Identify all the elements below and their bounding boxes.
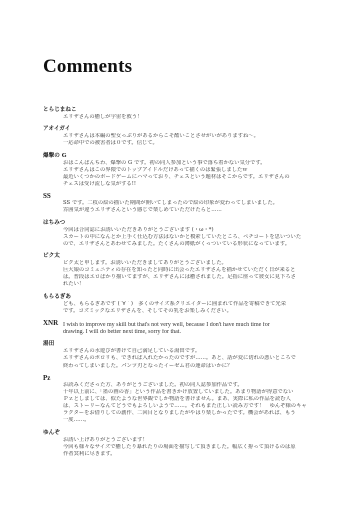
- comment-entry: とらじまねこエリザさんの癒しが宇宙を救う！: [43, 107, 315, 121]
- comment-line: 一度……。: [63, 417, 315, 424]
- comment-author: 湯田: [43, 341, 315, 348]
- comment-author: Pz: [43, 375, 315, 382]
- comment-entry: ビク太ビク太と申します。お誘いいただきましてありがとうございました。巨大娘のコミ…: [43, 253, 315, 288]
- comment-author: XNR: [43, 320, 58, 327]
- comment-line: スカートの中になんとか上手く仕込む方法はないかと模索していたところ、ペチコートを…: [63, 234, 315, 241]
- comment-line: Ｐｚとしましては、似たような世界観でしか物語を書けません。まあ、実際に私の作品を…: [63, 396, 315, 403]
- comment-entry: もらるぎあども、もらるぎあです (´∀｀) 多くのサイズ系クリエイターに囲まれて…: [43, 294, 315, 315]
- comment-line: お誘い上げありがとうございます！: [63, 437, 315, 444]
- comment-body: I wish to improve my skill but that's no…: [63, 320, 315, 336]
- comment-line: I wish to improve my skill but that's no…: [63, 322, 315, 329]
- comment-body: ビク太と申します。お誘いいただきましてありがとうございました。巨大娘のコミュニテ…: [63, 260, 315, 288]
- comments-list: とらじまねこエリザさんの癒しが宇宙を救う！アオイガイエリザさんは本編の聖女っぷり…: [43, 107, 315, 463]
- comment-body: おはこんばんちわ、爆撃の G です。初の同人参加という事で落ち着かない気分です。…: [63, 160, 315, 188]
- comment-author: もらるぎあ: [43, 294, 315, 301]
- comment-body: エリザさんの水遊びが書けて自己満足している湯田です。エリザさんのポロリも、できれ…: [63, 348, 315, 369]
- comment-entry: XNRI wish to improve my skill but that's…: [43, 320, 315, 336]
- comment-line: 今回も様々なサイズで癒したり暴れたりの場面を描写して頂きました。幅広く拵って頂け…: [63, 444, 315, 451]
- comment-author: ビク太: [43, 253, 315, 260]
- comment-line: ので、エリザさんとあわせてみました。たくさんの薄紙がくっついている形状になってい…: [63, 241, 315, 248]
- comment-line: SS です。二枚の絵の描いた期間が開いてしまったので絵の印象が変わってしまいまし…: [63, 200, 315, 207]
- comment-entry: SSSS です。二枚の絵の描いた期間が開いてしまったので絵の印象が変わってしまい…: [43, 193, 315, 214]
- comment-line: お読みくださった方、ありがとうございました。初の同人誌参加作品です。: [63, 382, 315, 389]
- comment-line: ラクターをお借りしての創作、二回目となりましたがやはり楽しかったです。機会があれ…: [63, 410, 315, 417]
- comment-author: アオイガイ: [43, 126, 315, 133]
- page-title: Comments: [43, 56, 132, 78]
- comment-line: エリザさんはこの界隈でのトップアイドルだけあって描くのは緊張しましたｗ: [63, 167, 315, 174]
- comment-line: ビク太と申します。お誘いいただきましてありがとうございました。: [63, 260, 315, 267]
- comment-body: お読みくださった方、ありがとうございました。初の同人誌参加作品です。十年以上前に…: [63, 382, 315, 425]
- comment-entry: Pzお読みくださった方、ありがとうございました。初の同人誌参加作品です。十年以上…: [43, 375, 315, 425]
- comment-author: はちみつ: [43, 220, 315, 227]
- comment-line: 今回は合同誌にお誘いいただきありがとうございます (・ω・*): [63, 227, 315, 234]
- comment-line: 作者冥利に尽きます。: [63, 451, 315, 458]
- comment-line: 終わってしまいました。パンツ刃となったイーゼム君の運命はいかに？: [63, 363, 315, 370]
- comment-author: SS: [43, 193, 315, 200]
- comment-line: 十年以上前に、「墨の画の香」という作品を書きかけ放置していました。あまり物語が得…: [63, 389, 315, 396]
- comment-line: ども、もらるぎあです (´∀｀) 多くのサイズ系クリエイターに囲まれて作品を寄稿…: [63, 301, 315, 308]
- comment-line: 雰囲気が違うエリザさんという感じで楽しめていただけたらと……: [63, 207, 315, 214]
- comment-line: チェスは受け流しな気がする!!: [63, 181, 315, 188]
- comment-line: 一応命中での被害者は０です。信じて。: [63, 140, 315, 147]
- comment-line: エリザさんの癒しが宇宙を救う！: [63, 114, 315, 121]
- comment-line: は、ストーリーなんてどうでもよろしいようで……。それもまた正しい読み方です！ ゆ…: [63, 403, 315, 410]
- comment-body: ども、もらるぎあです (´∀｀) 多くのサイズ系クリエイターに囲まれて作品を寄稿…: [63, 301, 315, 315]
- comment-author: 爆撃の G: [43, 153, 315, 160]
- comment-entry: アオイガイエリザさんは本編の聖女っぷりがあるからこそ酷いことさせがいがありますね…: [43, 126, 315, 147]
- comment-entry: ゆんぞお誘い上げありがとうございます！今回も様々なサイズで癒したり暴れたりの場面…: [43, 430, 315, 458]
- comment-entry: はちみつ今回は合同誌にお誘いいただきありがとうございます (・ω・*)スカートの…: [43, 220, 315, 248]
- comment-line: 巨大娘のコミュニティの存在を知ったと同時に出会ったエリザさんを描かせていただく日…: [63, 267, 315, 274]
- comment-line: エリザさんは本編の聖女っぷりがあるからこそ酷いことさせがいがありますね〜。: [63, 133, 315, 140]
- comment-line: 最近いくつかのボードゲームにハマっており、チェスという題材はそこからです。エリザ…: [63, 174, 315, 181]
- comment-author: ゆんぞ: [43, 430, 315, 437]
- comment-body: お誘い上げありがとうございます！今回も様々なサイズで癒したり暴れたりの場面を描写…: [63, 437, 315, 458]
- comment-body: エリザさんは本編の聖女っぷりがあるからこそ酷いことさせがいがありますね〜。一応命…: [63, 133, 315, 147]
- comment-line: drawing. I will do better next time, sor…: [63, 329, 315, 336]
- comment-author: とらじまねこ: [43, 107, 315, 114]
- comment-line: エリザさんの水遊びが書けて自己満足している湯田です。: [63, 348, 315, 355]
- comment-entry: 湯田エリザさんの水遊びが書けて自己満足している湯田です。エリザさんのポロリも、で…: [43, 341, 315, 369]
- comment-body: SS です。二枚の絵の描いた期間が開いてしまったので絵の印象が変わってしまいまし…: [63, 200, 315, 214]
- comment-entry: 爆撃の Gおはこんばんちわ、爆撃の G です。初の同人参加という事で落ち着かない…: [43, 153, 315, 188]
- comment-line: です。コズミックなエリザさんを、そしてその乳をお楽しみください。: [63, 308, 315, 315]
- comment-line: エリザさんのポロリも、できれば入れたかったのですが……。あと、話が変に切れの悪い…: [63, 355, 315, 362]
- comment-line: れたい！: [63, 281, 315, 288]
- comment-line: は。普段はエロばかり描いてますが、エリザさんには癒されました。足指に座って彼女に…: [63, 274, 315, 281]
- comment-body: エリザさんの癒しが宇宙を救う！: [63, 114, 315, 121]
- comment-line: おはこんばんちわ、爆撃の G です。初の同人参加という事で落ち着かない気分です。: [63, 160, 315, 167]
- comment-body: 今回は合同誌にお誘いいただきありがとうございます (・ω・*)スカートの中になん…: [63, 227, 315, 248]
